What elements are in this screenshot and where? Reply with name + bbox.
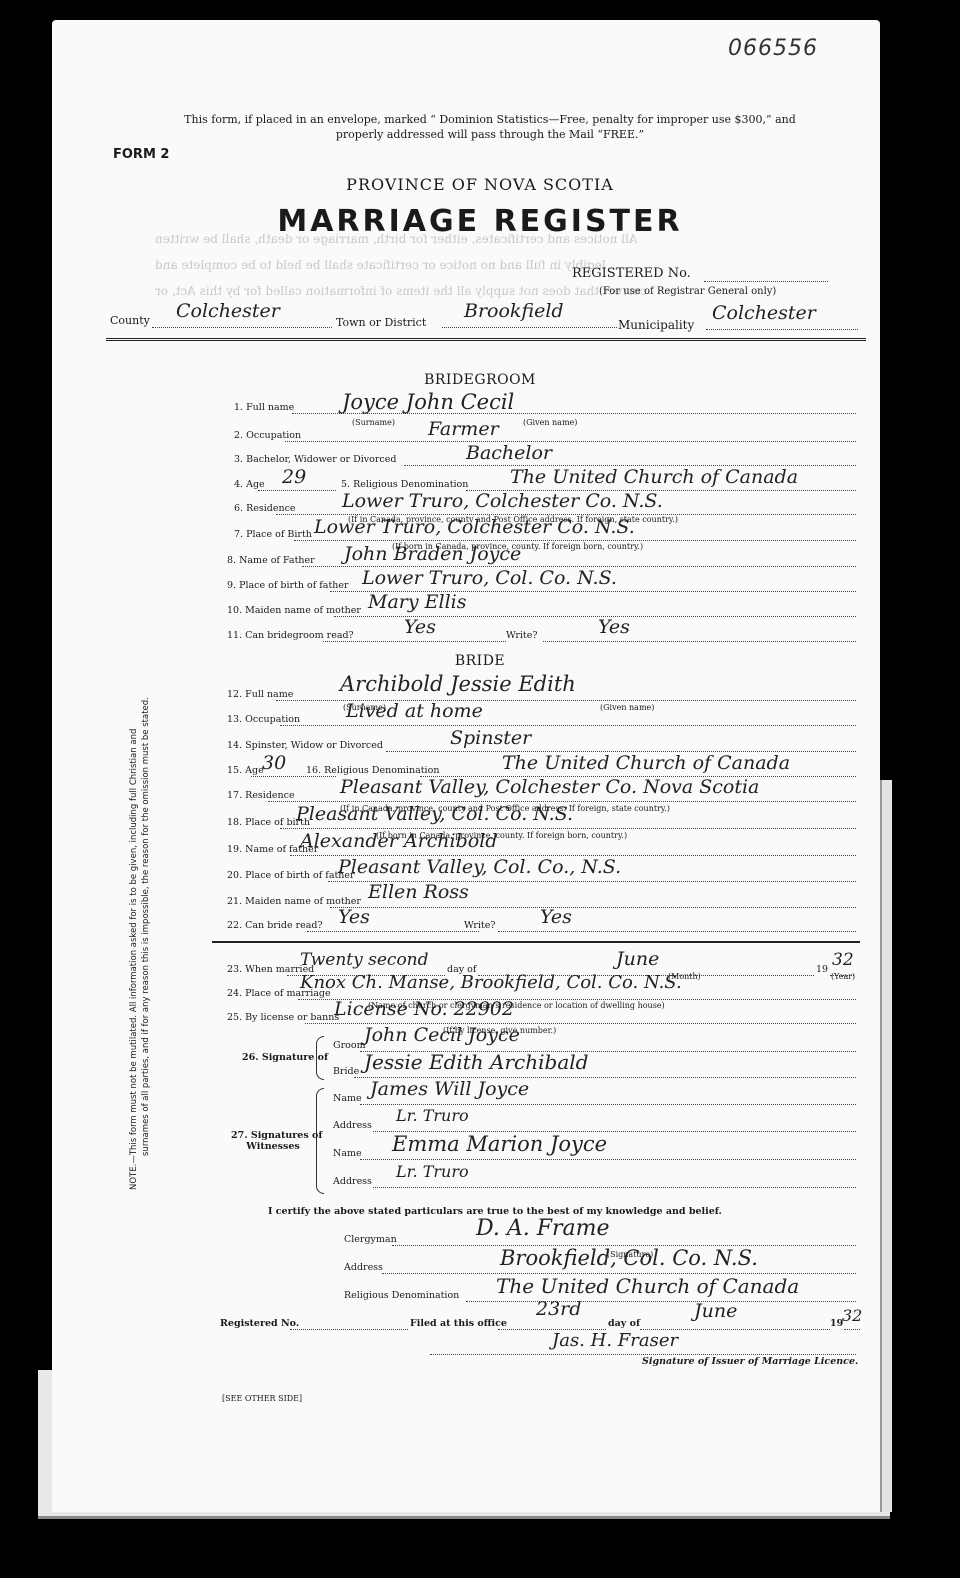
witness-1-name[interactable]: James Will Joyce bbox=[370, 1078, 529, 1100]
bride-marital-status[interactable]: Spinster bbox=[450, 727, 531, 749]
field-label: 14. Spinster, Widow or Divorced bbox=[227, 740, 383, 751]
clergyman-address[interactable]: Brookfield, Col. Co. N.S. bbox=[500, 1246, 758, 1270]
field-line bbox=[373, 1187, 856, 1188]
district-line bbox=[442, 327, 617, 328]
field-line bbox=[360, 1159, 856, 1160]
bride-religious-denomination[interactable]: The United Church of Canada bbox=[502, 752, 790, 774]
witness-address-label: Address bbox=[333, 1120, 372, 1131]
bride-mother-maiden-name[interactable]: Ellen Ross bbox=[368, 881, 469, 903]
witnesses-label: 27. Signatures of Witnesses bbox=[231, 1130, 315, 1152]
filed-day-of-label: day of bbox=[608, 1318, 640, 1329]
field-line bbox=[280, 725, 856, 726]
bride-full-name[interactable]: Archibold Jessie Edith bbox=[340, 672, 576, 696]
field-label: 13. Occupation bbox=[227, 714, 300, 725]
field-line bbox=[543, 641, 856, 642]
witness-name-label: Name bbox=[333, 1093, 362, 1104]
groom-religious-denomination[interactable]: The United Church of Canada bbox=[510, 466, 798, 488]
field-label: 11. Can bridegroom read? bbox=[227, 630, 354, 641]
field-label: Write? bbox=[506, 630, 537, 641]
header-divider bbox=[106, 338, 866, 341]
bleed-through-text: correct that does not supply all the ite… bbox=[155, 284, 647, 298]
postal-notice-line-2: properly addressed will pass through the… bbox=[150, 127, 830, 142]
brace bbox=[316, 1088, 324, 1194]
issuer-caption: Signature of Issuer of Marriage Licence. bbox=[642, 1356, 858, 1367]
field-label: 7. Place of Birth bbox=[234, 529, 312, 540]
bride-occupation[interactable]: Lived at home bbox=[346, 700, 483, 722]
bride-signature-label: Bride bbox=[333, 1066, 359, 1077]
groom-residence[interactable]: Lower Truro, Colchester Co. N.S. bbox=[342, 490, 663, 512]
marriage-month[interactable]: June bbox=[616, 948, 659, 970]
year-caption: (Year) bbox=[831, 972, 855, 981]
witness-address-label: Address bbox=[333, 1176, 372, 1187]
clergyman-denomination[interactable]: The United Church of Canada bbox=[496, 1274, 799, 1298]
bride-father-name[interactable]: Alexander Archibold bbox=[300, 830, 497, 852]
municipality-line bbox=[706, 329, 858, 330]
form-number: FORM 2 bbox=[113, 147, 169, 162]
groom-father-birthplace[interactable]: Lower Truro, Col. Co. N.S. bbox=[362, 567, 617, 589]
groom-place-of-birth[interactable]: Lower Truro, Colchester Co. N.S. bbox=[314, 516, 635, 538]
field-label: 8. Name of Father bbox=[227, 555, 315, 566]
field-label: 17. Residence bbox=[227, 790, 295, 801]
side-note: NOTE.—This form must not be mutilated. A… bbox=[128, 697, 152, 1190]
place-of-marriage[interactable]: Knox Ch. Manse, Brookfield, Col. Co. N.S… bbox=[300, 972, 682, 993]
field-label: 1. Full name bbox=[234, 402, 294, 413]
clergyman-denomination-label: Religious Denomination bbox=[344, 1290, 459, 1301]
municipality-label: Municipality bbox=[618, 318, 694, 332]
field-line bbox=[251, 776, 336, 777]
field-line bbox=[268, 801, 856, 802]
groom-age[interactable]: 29 bbox=[282, 466, 306, 488]
field-label: 4. Age bbox=[234, 479, 265, 490]
bride-signature[interactable]: Jessie Edith Archibald bbox=[364, 1050, 588, 1074]
bride-can-write[interactable]: Yes bbox=[540, 906, 572, 928]
filed-day[interactable]: 23rd bbox=[536, 1298, 581, 1320]
filed-year[interactable]: 32 bbox=[842, 1306, 862, 1325]
registered-no-note: (For use of Registrar General only) bbox=[599, 286, 776, 297]
field-line bbox=[323, 641, 506, 642]
bleed-through-text: legibly in full and no notice or certifi… bbox=[155, 258, 606, 272]
section-divider bbox=[212, 941, 860, 943]
groom-signature-label: Groom bbox=[333, 1040, 366, 1051]
given-name-caption: (Given name) bbox=[600, 703, 654, 712]
bride-place-of-birth[interactable]: Pleasant Valley, Col. Co. N.S. bbox=[296, 803, 573, 825]
field-label: 20. Place of birth of father bbox=[227, 870, 355, 881]
clergyman-signature[interactable]: D. A. Frame bbox=[476, 1216, 610, 1241]
groom-mother-maiden-name[interactable]: Mary Ellis bbox=[368, 591, 467, 613]
clergyman-label: Clergyman bbox=[344, 1234, 397, 1245]
surname-caption: (Surname) bbox=[352, 418, 395, 427]
year-prefix: 19 bbox=[816, 964, 828, 975]
witness-name-label: Name bbox=[333, 1148, 362, 1159]
field-label: 3. Bachelor, Widower or Divorced bbox=[234, 454, 396, 465]
district-value[interactable]: Brookfield bbox=[464, 300, 564, 322]
field-label: 15. Age bbox=[227, 765, 264, 776]
issuer-signature-line bbox=[430, 1354, 856, 1355]
field-label: 16. Religious Denomination bbox=[306, 765, 439, 776]
witness-2-address[interactable]: Lr. Truro bbox=[396, 1162, 469, 1181]
bride-residence[interactable]: Pleasant Valley, Colchester Co. Nova Sco… bbox=[340, 776, 759, 798]
field-line bbox=[330, 907, 856, 908]
field-label: 25. By license or banns bbox=[227, 1012, 339, 1023]
filed-month[interactable]: June bbox=[694, 1300, 737, 1322]
county-value[interactable]: Colchester bbox=[176, 300, 280, 322]
filed-label: Filed at this office bbox=[410, 1318, 507, 1329]
field-line bbox=[307, 931, 479, 932]
district-label: Town or District bbox=[336, 316, 426, 329]
bridegroom-heading: BRIDEGROOM bbox=[0, 372, 960, 388]
issuer-signature[interactable]: Jas. H. Fraser bbox=[552, 1330, 678, 1351]
side-note-line-1: NOTE.—This form must not be mutilated. A… bbox=[128, 697, 140, 1190]
marriage-day[interactable]: Twenty second bbox=[300, 950, 429, 970]
witnesses-label-line-1: 27. Signatures of bbox=[231, 1130, 315, 1141]
groom-can-read[interactable]: Yes bbox=[404, 616, 436, 638]
province-heading: PROVINCE OF NOVA SCOTIA bbox=[0, 175, 960, 194]
registered-no-label: REGISTERED No. bbox=[572, 266, 691, 281]
registered-no-bottom-label: Registered No. bbox=[220, 1318, 299, 1329]
license-number[interactable]: License No. 22902 bbox=[334, 998, 514, 1020]
groom-marital-status[interactable]: Bachelor bbox=[466, 442, 552, 464]
field-line bbox=[360, 1104, 856, 1105]
county-label: County bbox=[110, 314, 150, 327]
postal-notice-line-1: This form, if placed in an envelope, mar… bbox=[150, 112, 830, 127]
registered-no-bottom-field[interactable] bbox=[290, 1329, 408, 1330]
groom-occupation[interactable]: Farmer bbox=[428, 418, 499, 440]
field-line bbox=[466, 1301, 856, 1302]
witness-1-address[interactable]: Lr. Truro bbox=[396, 1106, 469, 1125]
field-label: 9. Place of birth of father bbox=[227, 580, 349, 591]
given-name-caption: (Given name) bbox=[523, 418, 577, 427]
field-label: 5. Religious Denomination bbox=[341, 479, 468, 490]
county-line bbox=[152, 327, 332, 328]
municipality-value[interactable]: Colchester bbox=[712, 302, 816, 324]
document-stamp-number: 066556 bbox=[728, 36, 818, 61]
field-line bbox=[844, 1329, 860, 1330]
groom-can-write[interactable]: Yes bbox=[598, 616, 630, 638]
field-label: 12. Full name bbox=[227, 689, 293, 700]
bride-father-birthplace[interactable]: Pleasant Valley, Col. Co., N.S. bbox=[338, 856, 621, 878]
see-other-side: [SEE OTHER SIDE] bbox=[222, 1394, 302, 1403]
field-line bbox=[498, 931, 856, 932]
field-line bbox=[258, 490, 336, 491]
bride-age[interactable]: 30 bbox=[262, 752, 286, 774]
bride-heading: BRIDE bbox=[0, 653, 960, 669]
field-label: 6. Residence bbox=[234, 503, 296, 514]
field-label: 10. Maiden name of mother bbox=[227, 605, 361, 616]
groom-signature[interactable]: John Cecil Joyce bbox=[364, 1024, 520, 1046]
brace bbox=[316, 1036, 324, 1080]
groom-full-name[interactable]: Joyce John Cecil bbox=[342, 390, 514, 414]
page-title: MARRIAGE REGISTER bbox=[0, 204, 960, 239]
field-line bbox=[285, 441, 856, 442]
field-label: 2. Occupation bbox=[234, 430, 301, 441]
side-note-line-2: surnames of all parties, and if for any … bbox=[140, 697, 152, 1190]
clergyman-address-label: Address bbox=[344, 1262, 383, 1273]
postal-notice: This form, if placed in an envelope, mar… bbox=[150, 112, 830, 142]
witnesses-label-line-2: Witnesses bbox=[231, 1141, 315, 1152]
bride-can-read[interactable]: Yes bbox=[338, 906, 370, 928]
witness-2-name[interactable]: Emma Marion Joyce bbox=[392, 1132, 607, 1156]
groom-father-name[interactable]: John Braden Joyce bbox=[344, 543, 521, 565]
underlying-page-right-edge bbox=[880, 780, 892, 1512]
marriage-year[interactable]: 32 bbox=[832, 950, 854, 970]
field-line bbox=[280, 828, 856, 829]
registered-no-field[interactable] bbox=[704, 281, 828, 282]
field-label: 22. Can bride read? bbox=[227, 920, 323, 931]
field-line bbox=[294, 540, 856, 541]
field-label: Write? bbox=[464, 920, 495, 931]
